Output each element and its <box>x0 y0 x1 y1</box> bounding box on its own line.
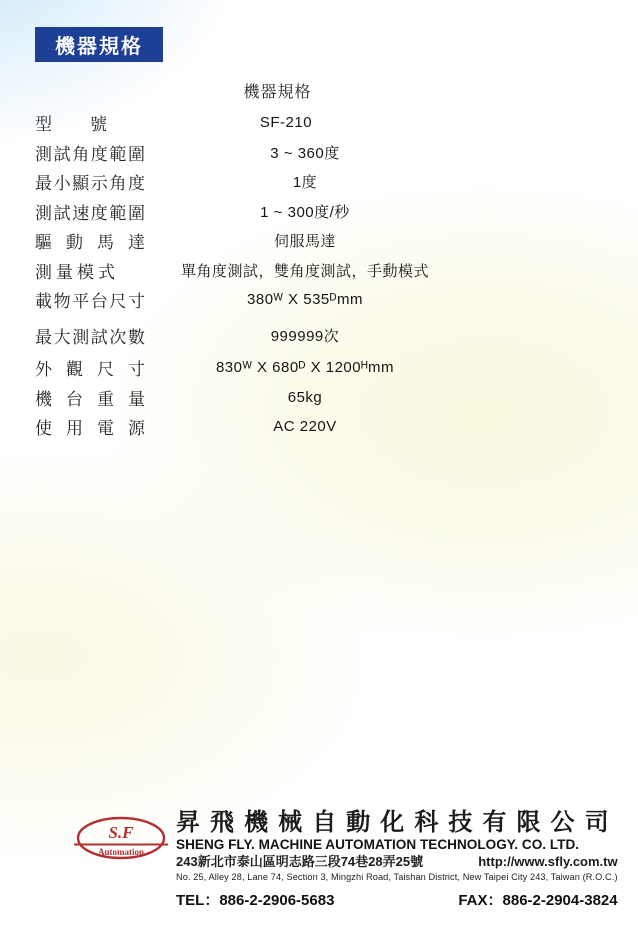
spec-row-drive-motor: 驅動馬達 伺服馬達 <box>35 226 465 256</box>
spec-rows: 型號 SF-210 測試角度範圍 3 ~ 360度 最小顯示角度 1度 測試速度… <box>35 108 465 442</box>
fax-number: FAX：886-2-2904-3824 <box>458 889 617 910</box>
spec-row-min-display-angle: 最小顯示角度 1度 <box>35 167 465 197</box>
spec-row-model: 型號 SF-210 <box>35 108 465 138</box>
spec-row-measure-mode: 測量模式 單角度測試，雙角度測試，手動模式 <box>35 256 465 286</box>
spec-value: AC 220V <box>145 418 465 435</box>
spec-table: 機器規格 型號 SF-210 測試角度範圍 3 ~ 360度 最小顯示角度 1度… <box>35 78 465 442</box>
spec-label: 測試角度範圍 <box>35 140 145 165</box>
spec-row-test-speed-range: 測試速度範圍 1 ~ 300度/秒 <box>35 197 465 227</box>
spec-value: 1度 <box>145 171 465 192</box>
spec-label: 載物平台尺寸 <box>35 287 145 312</box>
spec-row-platform-size: 載物平台尺寸 380ᵂ X 535ᴰmm <box>35 285 465 315</box>
spec-label: 外觀尺寸 <box>35 355 145 380</box>
address-line-zh: 243新北市泰山區明志路三段74巷28弄25號 http://www.sfly.… <box>176 854 618 870</box>
address-line-en: No. 25, Alley 28, Lane 74, Section 3, Mi… <box>176 872 618 883</box>
section-badge: 機器規格 <box>35 27 163 62</box>
spec-label: 測試速度範圍 <box>35 199 145 224</box>
spec-label: 最小顯示角度 <box>35 169 145 194</box>
company-name-zh: 昇飛機械自動化科技有限公司 <box>176 810 618 836</box>
spec-value: 伺服馬達 <box>145 230 465 251</box>
tel-number: TEL：886-2-2906-5683 <box>176 889 334 910</box>
spec-value: 65kg <box>145 389 465 406</box>
spec-row-test-angle-range: 測試角度範圍 3 ~ 360度 <box>35 138 465 168</box>
spec-row-max-test-count: 最大測試次數 999999次 <box>35 321 465 351</box>
spec-label: 機台重量 <box>35 385 145 410</box>
logo-automation-text: Automation <box>98 847 144 857</box>
spec-value: 單角度測試，雙角度測試，手動模式 <box>145 260 465 281</box>
spec-label: 最大測試次數 <box>35 323 145 348</box>
spec-label: 測量模式 <box>35 258 145 283</box>
spec-value: 380ᵂ X 535ᴰmm <box>145 291 465 308</box>
logo-oval-icon: S.F Automation <box>74 816 168 864</box>
address-zh-text: 243新北市泰山區明志路三段74巷28弄25號 <box>176 854 423 870</box>
spec-value: 1 ~ 300度/秒 <box>145 201 465 222</box>
spec-table-title: 機器規格 <box>150 78 405 108</box>
spec-label: 型號 <box>35 110 107 135</box>
spec-label: 驅動馬達 <box>35 228 145 253</box>
spec-value: SF-210 <box>107 114 465 131</box>
company-name-en: SHENG FLY. MACHINE AUTOMATION TECHNOLOGY… <box>176 837 618 852</box>
spec-row-machine-weight: 機台重量 65kg <box>35 383 465 413</box>
sf-automation-logo: S.F Automation <box>74 816 168 869</box>
spec-sheet-page: 機器規格 機器規格 型號 SF-210 測試角度範圍 3 ~ 360度 最小顯示… <box>0 0 638 938</box>
spec-row-power-source: 使用電源 AC 220V <box>35 412 465 442</box>
website-url: http://www.sfly.com.tw <box>478 854 617 870</box>
spec-label: 使用電源 <box>35 414 145 439</box>
tel-fax-row: TEL：886-2-2906-5683 FAX：886-2-2904-3824 <box>176 889 618 910</box>
spec-value: 999999次 <box>145 325 465 346</box>
spec-value: 3 ~ 360度 <box>145 142 465 163</box>
company-footer: S.F Automation 昇飛機械自動化科技有限公司 SHENG FLY. … <box>74 810 580 910</box>
logo-sf-text: S.F <box>108 823 134 842</box>
spec-row-outer-dimensions: 外觀尺寸 830ᵂ X 680ᴰ X 1200ᴴmm <box>35 353 465 383</box>
spec-value: 830ᵂ X 680ᴰ X 1200ᴴmm <box>145 359 465 376</box>
